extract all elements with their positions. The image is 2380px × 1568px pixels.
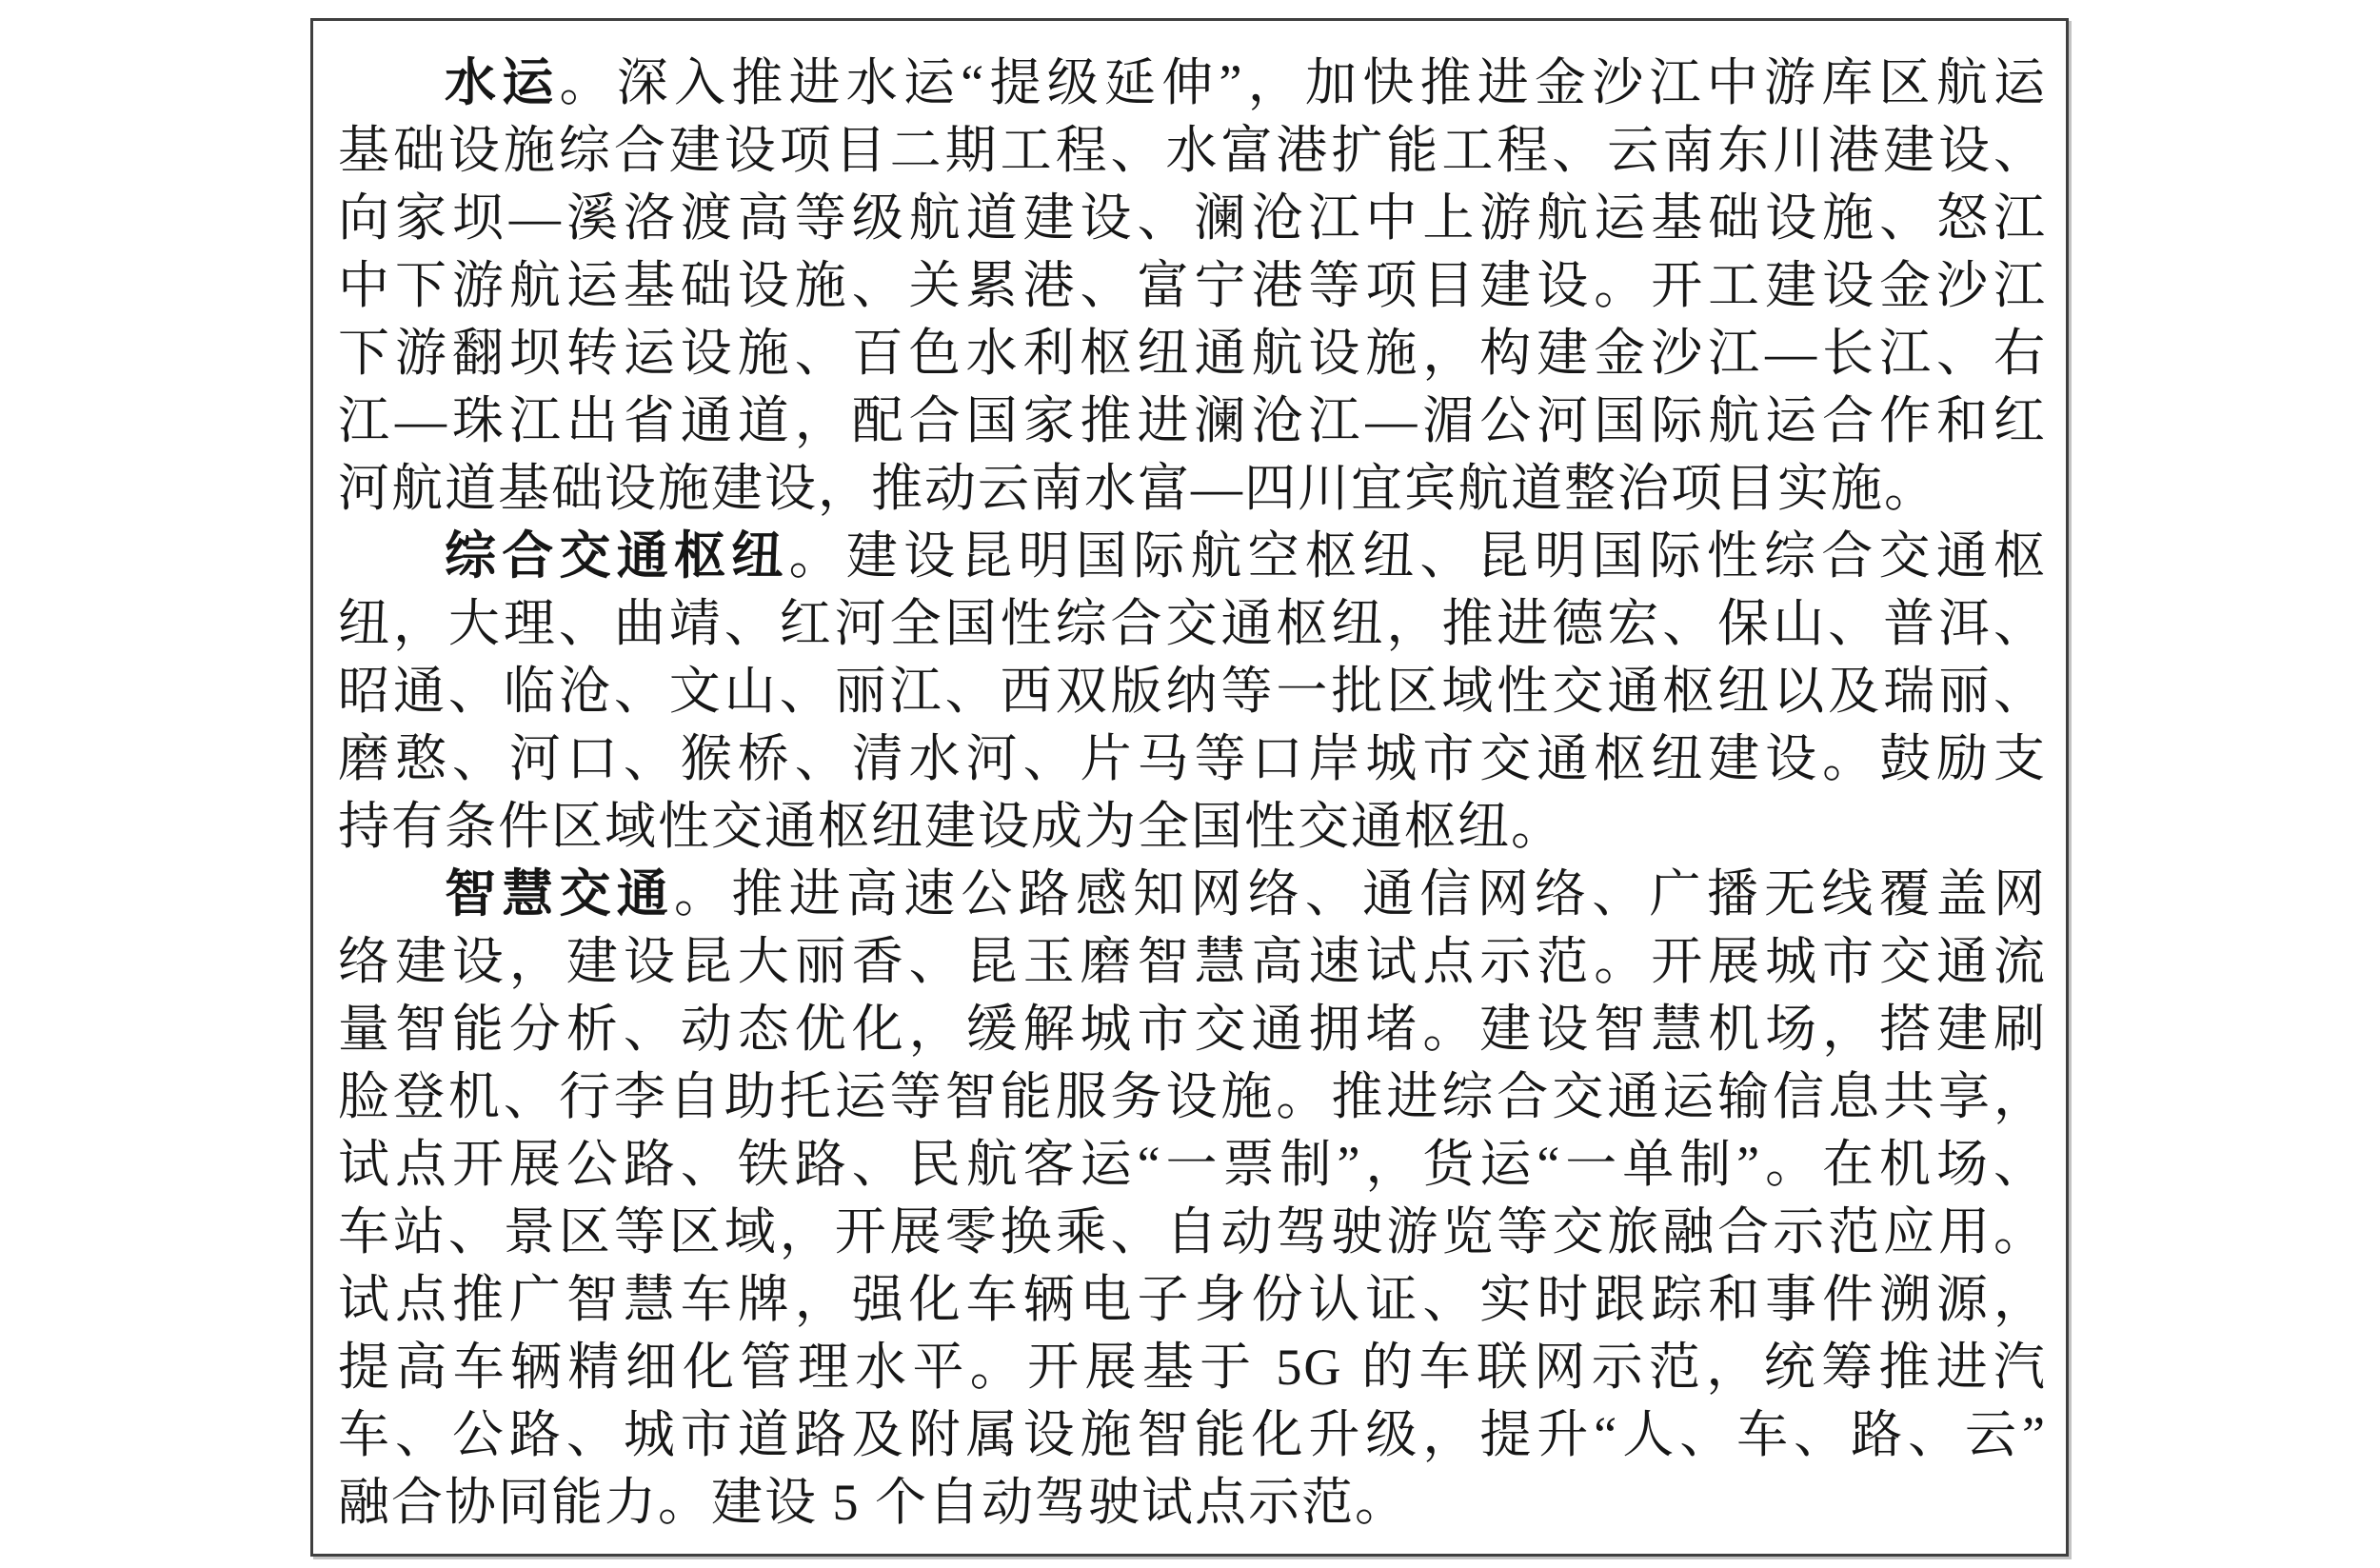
text-line: 脸登机、行李自助托运等智能服务设施。推进综合交通运输信息共享， (338, 1063, 2047, 1131)
text-line: 向家坝—溪洛渡高等级航道建设、澜沧江中上游航运基础设施、怒江 (338, 185, 2047, 252)
line-text: 。建设昆明国际航空枢纽、昆明国际性综合交通枢 (789, 527, 2047, 585)
text-line: 试点推广智慧车牌，强化车辆电子身份认证、实时跟踪和事件溯源， (338, 1266, 2047, 1334)
paragraph-lead: 智慧交通 (445, 865, 674, 923)
text-line: 车站、景区等区域，开展零换乘、自动驾驶游览等交旅融合示范应用。 (338, 1199, 2047, 1266)
line-text: 试点推广智慧车牌，强化车辆电子身份认证、实时跟踪和事件溯源， (338, 1271, 2047, 1328)
text-line: 基础设施综合建设项目二期工程、水富港扩能工程、云南东川港建设、 (338, 117, 2047, 185)
text-line: 持有条件区域性交通枢纽建设成为全国性交通枢纽。 (338, 793, 2047, 861)
line-text: 江—珠江出省通道，配合国家推进澜沧江—湄公河国际航运合作和红 (338, 392, 2047, 449)
line-text: 向家坝—溪洛渡高等级航道建设、澜沧江中上游航运基础设施、怒江 (338, 189, 2047, 247)
line-text: 昭通、临沧、文山、丽江、西双版纳等一批区域性交通枢纽以及瑞丽、 (338, 663, 2047, 720)
line-text: 基础设施综合建设项目二期工程、水富港扩能工程、云南东川港建设、 (338, 122, 2047, 179)
text-line: 纽，大理、曲靖、红河全国性综合交通枢纽，推进德宏、保山、普洱、 (338, 590, 2047, 658)
line-text: 磨憨、河口、猴桥、清水河、片马等口岸城市交通枢纽建设。鼓励支 (338, 730, 2047, 787)
text-line: 量智能分析、动态优化，缓解城市交通拥堵。建设智慧机场，搭建刷 (338, 996, 2047, 1063)
line-text: 融合协同能力。建设 5 个自动驾驶试点示范。 (338, 1474, 1408, 1531)
line-text: 脸登机、行李自助托运等智能服务设施。推进综合交通运输信息共享， (338, 1068, 2047, 1125)
text-line: 智慧交通。推进高速公路感知网络、通信网络、广播无线覆盖网 (338, 861, 2047, 928)
line-text: 持有条件区域性交通枢纽建设成为全国性交通枢纽。 (338, 798, 1564, 855)
line-text: 河航道基础设施建设，推动云南水富—四川宜宾航道整治项目实施。 (338, 460, 1937, 517)
line-text: 中下游航运基础设施、关累港、富宁港等项目建设。开工建设金沙江 (338, 257, 2047, 314)
text-block: 水运。深入推进水运“提级延伸”，加快推进金沙江中游库区航运基础设施综合建设项目二… (338, 50, 2047, 1537)
text-line: 下游翻坝转运设施、百色水利枢纽通航设施，构建金沙江—长江、右 (338, 320, 2047, 387)
text-line: 试点开展公路、铁路、民航客运“一票制”，货运“一单制”。在机场、 (338, 1131, 2047, 1199)
line-text: 量智能分析、动态优化，缓解城市交通拥堵。建设智慧机场，搭建刷 (338, 1001, 2047, 1058)
page-frame: 水运。深入推进水运“提级延伸”，加快推进金沙江中游库区航运基础设施综合建设项目二… (310, 18, 2069, 1557)
line-text: 提高车辆精细化管理水平。开展基于 5G 的车联网示范，统筹推进汽 (338, 1339, 2047, 1396)
text-line: 提高车辆精细化管理水平。开展基于 5G 的车联网示范，统筹推进汽 (338, 1334, 2047, 1401)
text-line: 水运。深入推进水运“提级延伸”，加快推进金沙江中游库区航运 (338, 50, 2047, 117)
line-text: 下游翻坝转运设施、百色水利枢纽通航设施，构建金沙江—长江、右 (338, 325, 2047, 382)
line-text: 络建设，建设昆大丽香、昆玉磨智慧高速试点示范。开展城市交通流 (338, 933, 2047, 990)
line-text: 。推进高速公路感知网络、通信网络、广播无线覆盖网 (674, 865, 2047, 923)
text-line: 河航道基础设施建设，推动云南水富—四川宜宾航道整治项目实施。 (338, 455, 2047, 523)
line-text: 纽，大理、曲靖、红河全国性综合交通枢纽，推进德宏、保山、普洱、 (338, 595, 2047, 652)
line-text: 。深入推进水运“提级延伸”，加快推进金沙江中游库区航运 (560, 54, 2048, 111)
text-line: 络建设，建设昆大丽香、昆玉磨智慧高速试点示范。开展城市交通流 (338, 928, 2047, 996)
line-text: 试点开展公路、铁路、民航客运“一票制”，货运“一单制”。在机场、 (338, 1136, 2047, 1193)
text-line: 昭通、临沧、文山、丽江、西双版纳等一批区域性交通枢纽以及瑞丽、 (338, 658, 2047, 725)
text-line: 融合协同能力。建设 5 个自动驾驶试点示范。 (338, 1469, 2047, 1537)
text-line: 中下游航运基础设施、关累港、富宁港等项目建设。开工建设金沙江 (338, 252, 2047, 320)
paragraph-lead: 综合交通枢纽 (445, 527, 789, 585)
document-page: 水运。深入推进水运“提级延伸”，加快推进金沙江中游库区航运基础设施综合建设项目二… (0, 0, 2380, 1568)
line-text: 车、公路、城市道路及附属设施智能化升级，提升“人、车、路、云” (338, 1406, 2047, 1463)
line-text: 车站、景区等区域，开展零换乘、自动驾驶游览等交旅融合示范应用。 (338, 1203, 2047, 1260)
paragraph-lead: 水运 (445, 54, 560, 111)
text-line: 车、公路、城市道路及附属设施智能化升级，提升“人、车、路、云” (338, 1401, 2047, 1469)
text-line: 综合交通枢纽。建设昆明国际航空枢纽、昆明国际性综合交通枢 (338, 523, 2047, 590)
text-line: 磨憨、河口、猴桥、清水河、片马等口岸城市交通枢纽建设。鼓励支 (338, 725, 2047, 793)
text-line: 江—珠江出省通道，配合国家推进澜沧江—湄公河国际航运合作和红 (338, 387, 2047, 455)
